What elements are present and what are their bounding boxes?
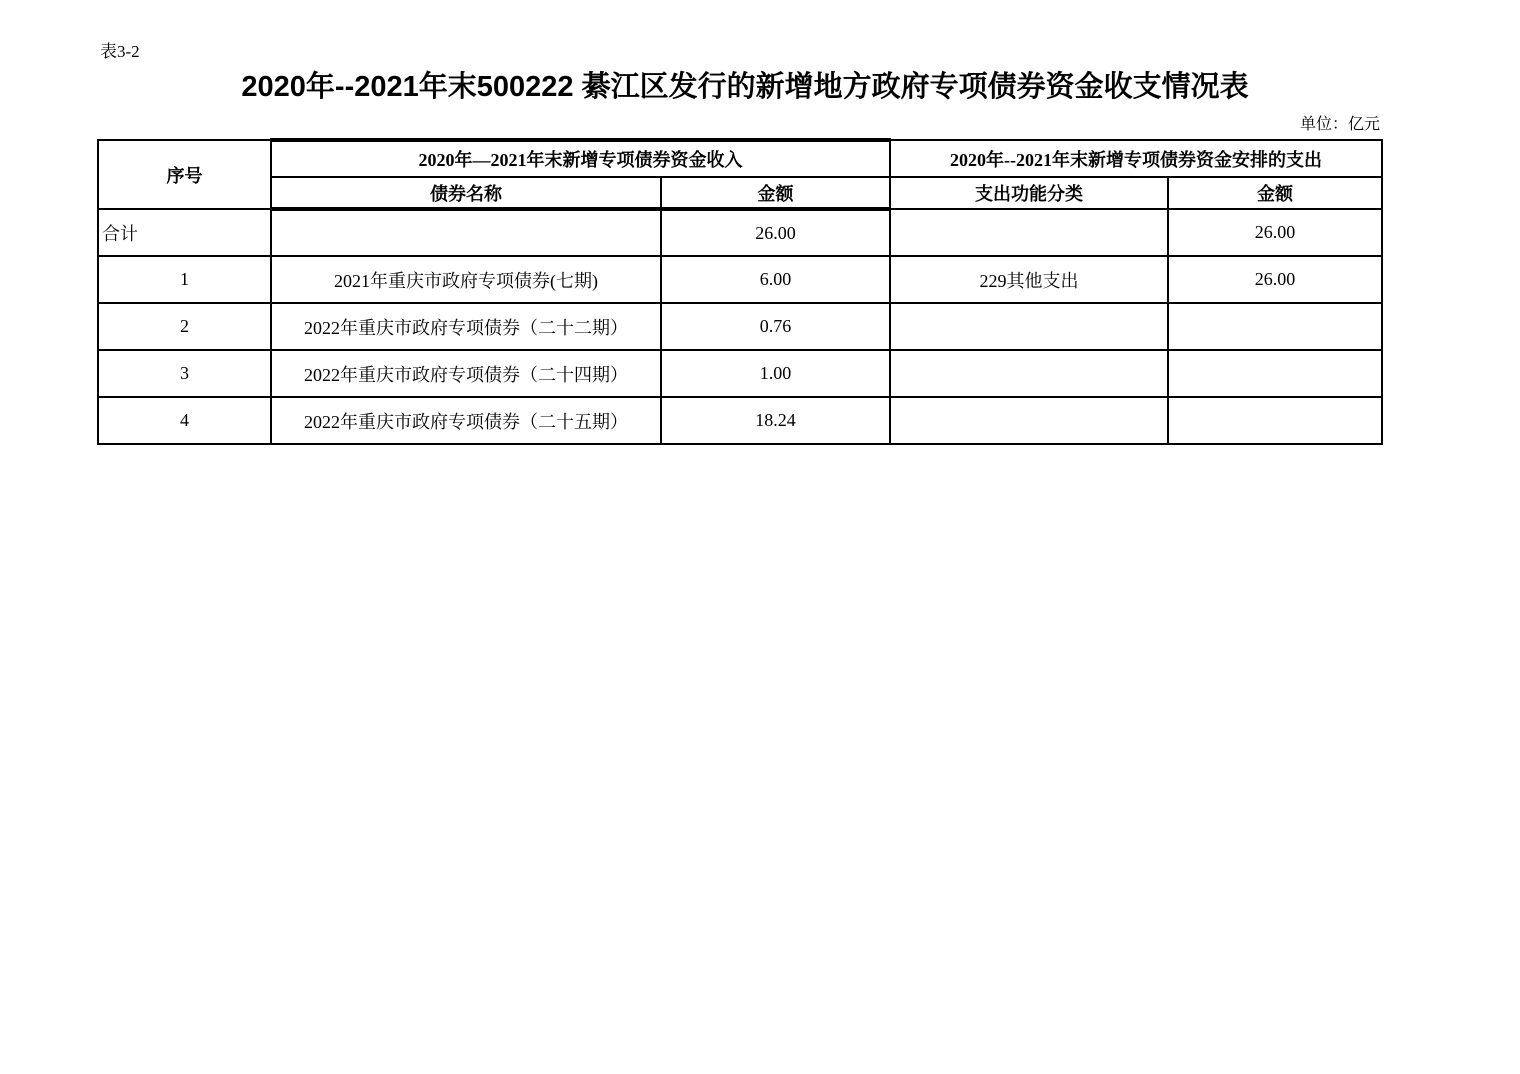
cell-bond-name: 2022年重庆市政府专项债券（二十二期） — [271, 303, 661, 350]
cell-expense-amount — [1168, 397, 1382, 444]
cell-serial: 4 — [98, 397, 271, 444]
cell-serial: 2 — [98, 303, 271, 350]
cell-expense-category — [890, 350, 1168, 397]
header-serial: 序号 — [98, 140, 271, 209]
cell-bond-name: 2022年重庆市政府专项债券（二十四期） — [271, 350, 661, 397]
cell-bond-name — [271, 209, 661, 256]
bond-funds-table: 序号 2020年—2021年末新增专项债券资金收入 2020年--2021年末新… — [97, 138, 1383, 445]
cell-expense-amount: 26.00 — [1168, 256, 1382, 303]
header-income-amount: 金额 — [661, 177, 890, 209]
document-page: 表3-2 2020年--2021年末500222 綦江区发行的新增地方政府专项债… — [0, 0, 1520, 1074]
cell-serial: 1 — [98, 256, 271, 303]
cell-expense-amount: 26.00 — [1168, 209, 1382, 256]
header-expense-category: 支出功能分类 — [890, 177, 1168, 209]
unit-note: 单位：亿元 — [1300, 111, 1380, 134]
table-row: 1 2021年重庆市政府专项债券(七期) 6.00 229其他支出 26.00 — [98, 256, 1382, 303]
header-expense-amount: 金额 — [1168, 177, 1382, 209]
cell-expense-category — [890, 397, 1168, 444]
header-bond-name: 债券名称 — [271, 177, 661, 209]
cell-serial: 合计 — [98, 209, 271, 256]
cell-bond-name: 2021年重庆市政府专项债券(七期) — [271, 256, 661, 303]
table-row-total: 合计 26.00 26.00 — [98, 209, 1382, 256]
table-row: 4 2022年重庆市政府专项债券（二十五期） 18.24 — [98, 397, 1382, 444]
table-row: 2 2022年重庆市政府专项债券（二十二期） 0.76 — [98, 303, 1382, 350]
cell-expense-category — [890, 303, 1168, 350]
cell-expense-amount — [1168, 303, 1382, 350]
header-row-sub: 债券名称 金额 支出功能分类 金额 — [98, 177, 1382, 209]
cell-income-amount: 26.00 — [661, 209, 890, 256]
header-row-group: 序号 2020年—2021年末新增专项债券资金收入 2020年--2021年末新… — [98, 140, 1382, 177]
cell-income-amount: 18.24 — [661, 397, 890, 444]
page-title: 2020年--2021年末500222 綦江区发行的新增地方政府专项债券资金收支… — [0, 64, 1490, 105]
header-income-group: 2020年—2021年末新增专项债券资金收入 — [271, 140, 890, 177]
table-row: 3 2022年重庆市政府专项债券（二十四期） 1.00 — [98, 350, 1382, 397]
cell-bond-name: 2022年重庆市政府专项债券（二十五期） — [271, 397, 661, 444]
cell-income-amount: 6.00 — [661, 256, 890, 303]
cell-expense-category — [890, 209, 1168, 256]
cell-expense-category: 229其他支出 — [890, 256, 1168, 303]
header-expense-group: 2020年--2021年末新增专项债券资金安排的支出 — [890, 140, 1382, 177]
table-label: 表3-2 — [100, 37, 140, 62]
cell-income-amount: 1.00 — [661, 350, 890, 397]
cell-income-amount: 0.76 — [661, 303, 890, 350]
cell-expense-amount — [1168, 350, 1382, 397]
cell-serial: 3 — [98, 350, 271, 397]
